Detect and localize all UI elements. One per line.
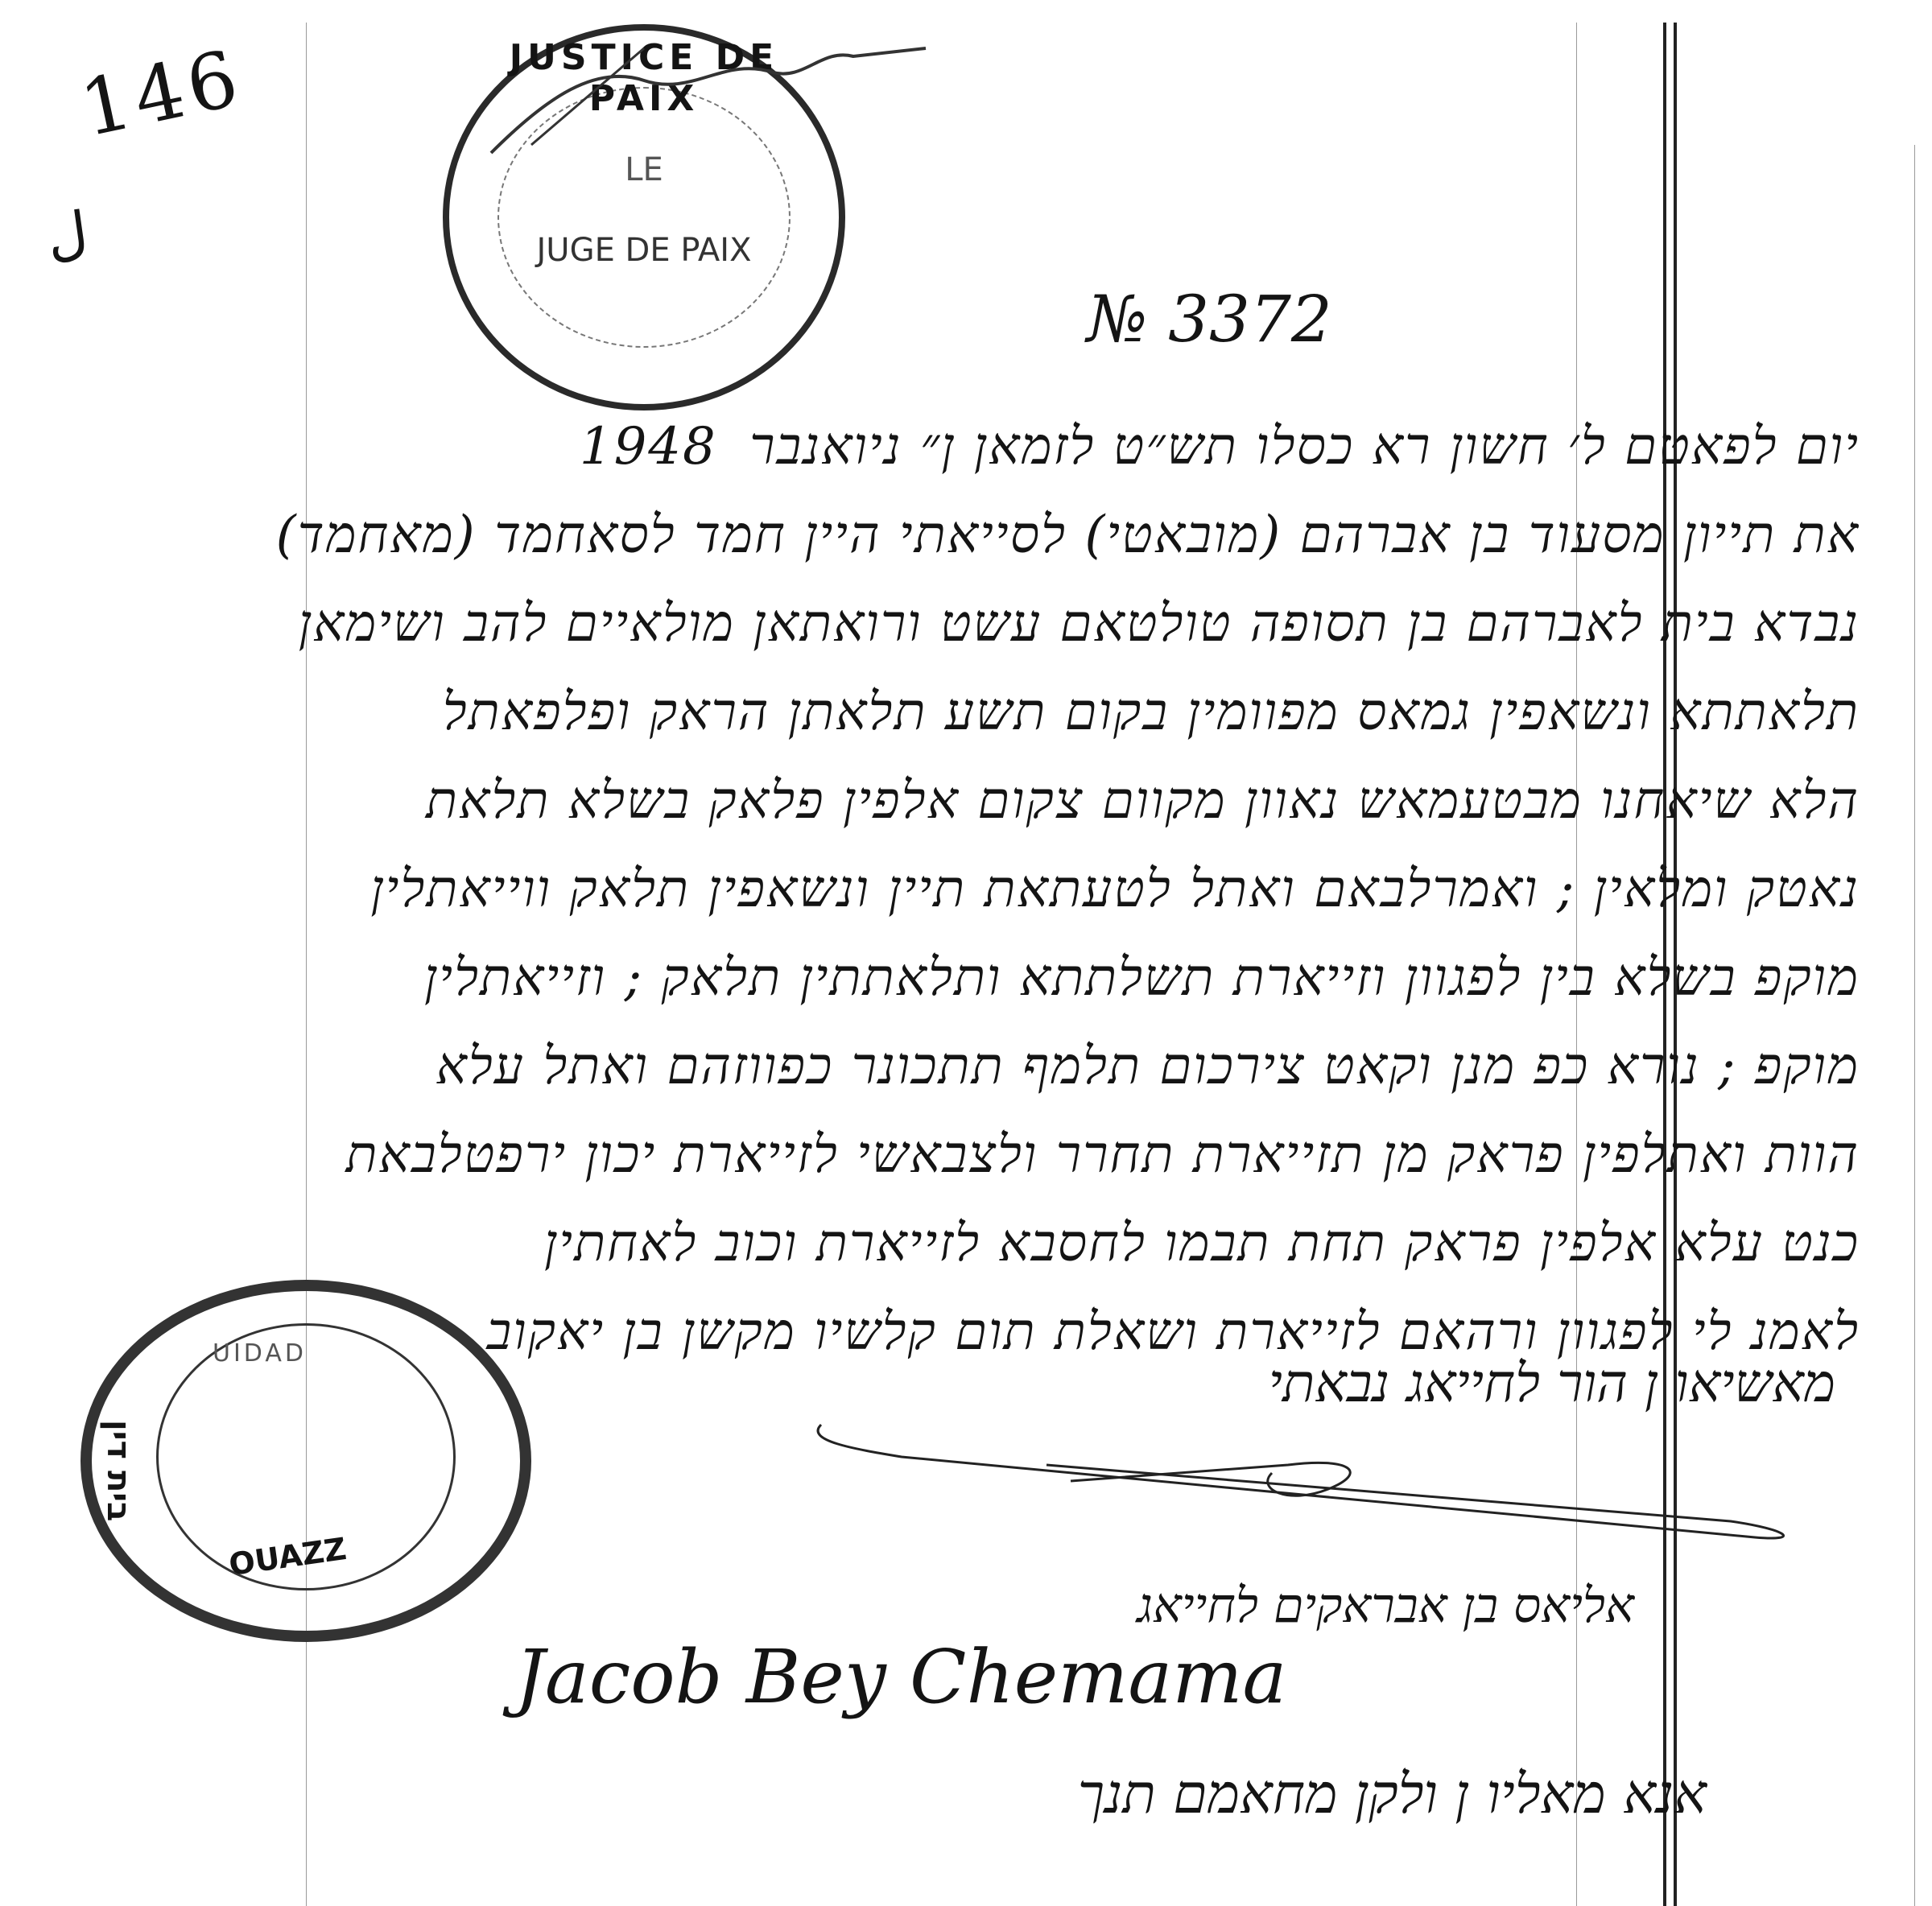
handwritten-body: יום לפאטם ל׳ חשון רא כסלו תש״ט לזמאן ן״ … bbox=[129, 402, 1860, 1376]
body-line: תלאתתא ונשאפין גמאס מפוומין בקום תשע תלא… bbox=[129, 668, 1860, 757]
body-line: מוקפ בשלא בין לפגוון וזייארת תשלתתא ותלא… bbox=[129, 934, 1860, 1022]
body-line: הוות ואתלפין פראק מן תזייארת תחרר ולצבאש… bbox=[129, 1111, 1860, 1199]
signature-line-2: אליאס בן אבראקים לחייאג bbox=[805, 1578, 1634, 1634]
margin-mark: ل bbox=[43, 199, 93, 270]
page-number: 146 bbox=[73, 32, 250, 154]
body-line: נבדא בית לאברהם בן תסופה טולטאם עשט ורוא… bbox=[129, 580, 1860, 668]
stamp-inner-text: UIDAD bbox=[213, 1339, 307, 1368]
stamp-rabbinical-court: בית דין UIDAD OUAZZ bbox=[80, 1280, 531, 1642]
record-number: № 3372 bbox=[1087, 282, 1332, 357]
signature-latin: Jacob Bey Chemama bbox=[515, 1634, 1286, 1720]
body-line: מוקפ ; נורא כפ מנן וקאט צירכום תלמף תתכו… bbox=[129, 1022, 1860, 1111]
signature-flourish-icon bbox=[805, 1417, 1811, 1545]
body-line: הלא שיאחנו מבטעמאש נאוון מקוום צקום אלפי… bbox=[129, 757, 1860, 845]
margin-rule-right bbox=[1914, 145, 1915, 1906]
record-number-value: 3372 bbox=[1168, 282, 1332, 357]
signature-line-1: מאשיאו ן הור לחייאג נבאתי bbox=[789, 1352, 1835, 1415]
year: 1948 bbox=[580, 402, 717, 491]
stamp-signature-scrawl-icon bbox=[483, 32, 934, 161]
body-line: את תייון מסעוד בן אברהם (מובאטי) לסייאתי… bbox=[129, 491, 1860, 580]
body-line: יום לפאטם ל׳ חשון רא כסלו תש״ט לזמאן ן״ … bbox=[129, 402, 1860, 491]
body-line: נאטק ומלאין ; ואמרלבאם ואתל לטעתאת תיין … bbox=[129, 845, 1860, 934]
record-number-label: № bbox=[1087, 282, 1148, 357]
stamp-ring-text: בית דין bbox=[100, 1420, 137, 1521]
body-line: כנט עלא אלפין פראק תחת תבמו לחסבא לזייאר… bbox=[129, 1199, 1860, 1288]
signature-line-3: אנא מאליו ן ולקן מחאמם תנך bbox=[805, 1763, 1707, 1826]
stamp-center-line-2: JUGE DE PAIX bbox=[449, 232, 839, 269]
